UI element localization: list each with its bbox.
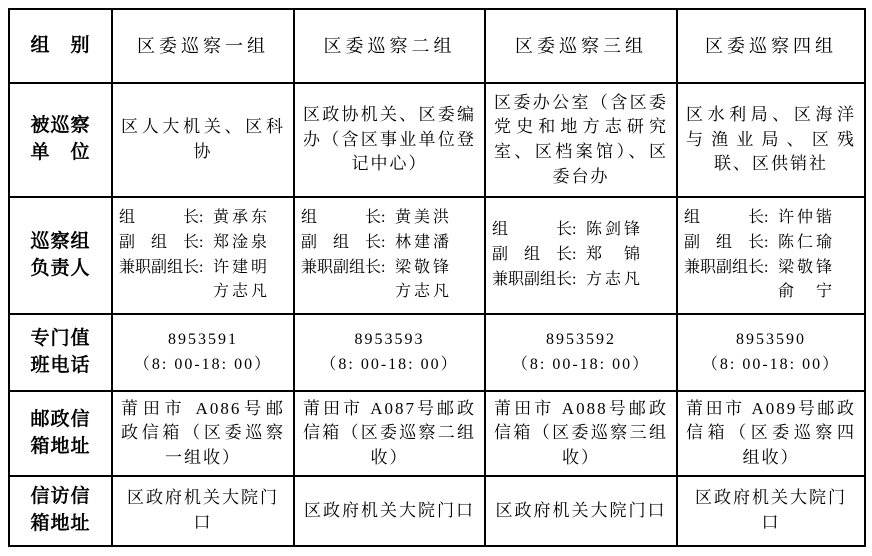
leader-name: 黄承东 — [213, 209, 270, 226]
cell-petition-address-group-4: 区政府机关大院门口 — [677, 476, 865, 546]
leader-role-label: 组 长: — [492, 218, 580, 243]
leader-name: 方志凡 — [586, 271, 643, 288]
leader-line: 副 组 长:郑 锦 — [492, 243, 674, 268]
leader-role-label: 副 组 长: — [301, 231, 389, 256]
cell-postal-address-group-2: 莆田市 A087号邮政信箱（区委巡察二组收） — [294, 391, 485, 476]
leader-role-label: 副 组 长: — [119, 231, 207, 256]
cell-postal-address-group-1: 莆田市 A086号邮政信箱（区委巡察一组收） — [112, 391, 294, 476]
row-label-petition-address: 信访信 箱地址 — [9, 476, 112, 546]
row-label-leaders: 巡察组 负责人 — [9, 197, 112, 314]
leader-line: 兼职副组长:梁敬锋 — [684, 256, 862, 281]
cell-petition-address-group-3: 区政府机关大院门口 — [485, 476, 677, 546]
leader-name: 方志凡 — [213, 283, 270, 300]
leader-role-label: 副 组 长: — [684, 231, 772, 256]
leader-role-label: 兼职副组长: — [684, 256, 772, 281]
leader-name: 梁敬锋 — [395, 259, 452, 276]
cell-petition-address-group-1: 区政府机关大院门口 — [112, 476, 294, 546]
leader-name: 黄美洪 — [395, 209, 452, 226]
table-row-postal-address: 邮政信 箱地址莆田市 A086号邮政信箱（区委巡察一组收）莆田市 A087号邮政… — [9, 391, 865, 476]
leader-role-label: 兼职副组长: — [492, 268, 580, 293]
leader-name: 林建潘 — [395, 234, 452, 251]
leader-line: 副 组 长:陈仁瑜 — [684, 231, 862, 256]
cell-inspected-units-group-1: 区人大机关、区科协 — [112, 83, 294, 197]
leader-name: 陈仁瑜 — [778, 234, 835, 251]
leader-line: 组 长:许仲锴 — [684, 206, 862, 231]
cell-duty-phone-group-2: 8953593 （8: 00-18: 00） — [294, 314, 485, 391]
table-row-leaders: 巡察组 负责人组 长:黄承东副 组 长:郑淦泉兼职副组长:许建明方志凡组 长:黄… — [9, 197, 865, 314]
cell-group-name-group-2: 区委巡察二组 — [294, 9, 485, 83]
cell-group-name-group-3: 区委巡察三组 — [485, 9, 677, 83]
leader-name: 梁敬锋 — [778, 259, 835, 276]
leader-name: 许仲锴 — [778, 209, 835, 226]
cell-leaders-group-2: 组 长:黄美洪副 组 长:林建潘兼职副组长:梁敬锋方志凡 — [294, 197, 485, 314]
leader-line: 方志凡 — [119, 280, 291, 305]
leader-line: 兼职副组长:许建明 — [119, 256, 291, 281]
leader-name: 郑 锦 — [586, 246, 643, 263]
inspection-groups-table: 组 别区委巡察一组区委巡察二组区委巡察三组区委巡察四组被巡察 单 位区人大机关、… — [8, 8, 866, 547]
table-row-petition-address: 信访信 箱地址区政府机关大院门口区政府机关大院门口区政府机关大院门口区政府机关大… — [9, 476, 865, 546]
cell-duty-phone-group-3: 8953592 （8: 00-18: 00） — [485, 314, 677, 391]
row-label-postal-address: 邮政信 箱地址 — [9, 391, 112, 476]
leader-role-label: 兼职副组长: — [301, 256, 389, 281]
leader-line: 兼职副组长:方志凡 — [492, 268, 674, 293]
cell-leaders-group-1: 组 长:黄承东副 组 长:郑淦泉兼职副组长:许建明方志凡 — [112, 197, 294, 314]
cell-group-name-group-4: 区委巡察四组 — [677, 9, 865, 83]
leader-line: 组 长:黄承东 — [119, 206, 291, 231]
leader-line: 俞 宁 — [684, 280, 862, 305]
cell-duty-phone-group-4: 8953590 （8: 00-18: 00） — [677, 314, 865, 391]
leader-name: 方志凡 — [395, 283, 452, 300]
leader-role-label: 兼职副组长: — [119, 256, 207, 281]
cell-leaders-group-3: 组 长:陈剑锋副 组 长:郑 锦兼职副组长:方志凡 — [485, 197, 677, 314]
page: 组 别区委巡察一组区委巡察二组区委巡察三组区委巡察四组被巡察 单 位区人大机关、… — [0, 0, 872, 547]
cell-duty-phone-group-1: 8953591 （8: 00-18: 00） — [112, 314, 294, 391]
leader-name: 俞 宁 — [778, 283, 835, 300]
table-row-inspected-units: 被巡察 单 位区人大机关、区科协区政协机关、区委编办（含区事业单位登记中心）区委… — [9, 83, 865, 197]
leader-line: 副 组 长:林建潘 — [301, 231, 482, 256]
leader-line: 副 组 长:郑淦泉 — [119, 231, 291, 256]
cell-inspected-units-group-3: 区委办公室（含区委党史和地方志研究室、区档案馆）、区委台办 — [485, 83, 677, 197]
leader-role-label: 副 组 长: — [492, 243, 580, 268]
leader-name: 许建明 — [213, 259, 270, 276]
row-label-group-name: 组 别 — [9, 9, 112, 83]
leader-name: 陈剑锋 — [586, 221, 643, 238]
row-label-inspected-units: 被巡察 单 位 — [9, 83, 112, 197]
row-label-duty-phone: 专门值 班电话 — [9, 314, 112, 391]
leader-line: 方志凡 — [301, 280, 482, 305]
leader-line: 组 长:陈剑锋 — [492, 218, 674, 243]
cell-inspected-units-group-4: 区水利局、区海洋与渔业局、区残联、区供销社 — [677, 83, 865, 197]
leader-role-label: 组 长: — [119, 206, 207, 231]
cell-leaders-group-4: 组 长:许仲锴副 组 长:陈仁瑜兼职副组长:梁敬锋俞 宁 — [677, 197, 865, 314]
leader-line: 组 长:黄美洪 — [301, 206, 482, 231]
cell-inspected-units-group-2: 区政协机关、区委编办（含区事业单位登记中心） — [294, 83, 485, 197]
leader-role-label: 组 长: — [301, 206, 389, 231]
table-row-group-name: 组 别区委巡察一组区委巡察二组区委巡察三组区委巡察四组 — [9, 9, 865, 83]
cell-petition-address-group-2: 区政府机关大院门口 — [294, 476, 485, 546]
leader-line: 兼职副组长:梁敬锋 — [301, 256, 482, 281]
table-row-duty-phone: 专门值 班电话8953591 （8: 00-18: 00）8953593 （8:… — [9, 314, 865, 391]
cell-postal-address-group-4: 莆田市 A089号邮政信箱（区委巡察四组收） — [677, 391, 865, 476]
leader-role-label: 组 长: — [684, 206, 772, 231]
cell-postal-address-group-3: 莆田市 A088号邮政信箱（区委巡察三组收） — [485, 391, 677, 476]
leader-name: 郑淦泉 — [213, 234, 270, 251]
cell-group-name-group-1: 区委巡察一组 — [112, 9, 294, 83]
